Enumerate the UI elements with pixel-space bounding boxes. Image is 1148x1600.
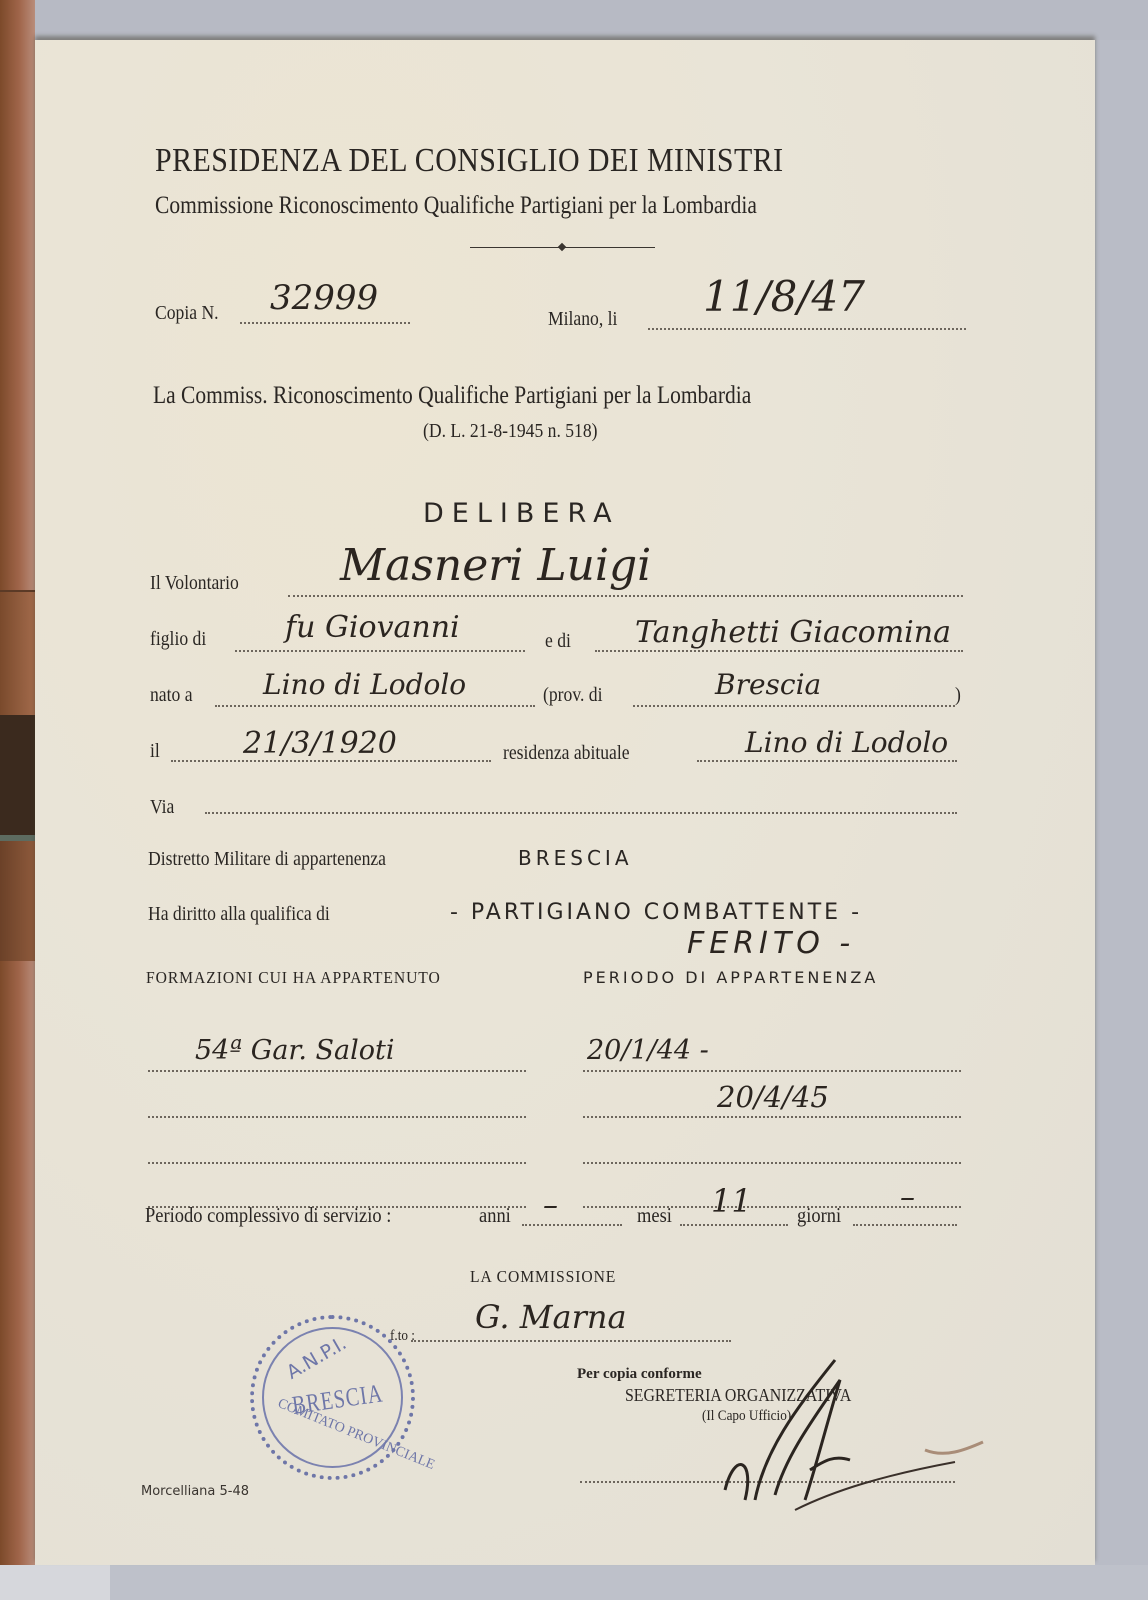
period-line-2 (583, 1116, 961, 1118)
days-line (853, 1224, 957, 1226)
residence-value: Lino di Lodolo (745, 726, 948, 759)
binder-band (0, 590, 35, 717)
district-value: BRESCIA (518, 846, 633, 870)
months-value: 11 (711, 1182, 752, 1220)
document-subtitle: Commissione Riconoscimento Qualifiche Pa… (155, 192, 757, 220)
binder-strip (0, 0, 35, 1600)
birthplace-line (215, 705, 535, 707)
district-label: Distretto Militare di appartenenza (148, 848, 386, 871)
place-date-label: Milano, li (548, 308, 617, 331)
province-close: ) (955, 684, 961, 707)
days-value: – (900, 1180, 915, 1215)
birthplace-value: Lino di Lodolo (263, 668, 466, 701)
commission-signature-line (411, 1340, 731, 1342)
commission-signature-heading: LA COMMISSIONE (470, 1267, 616, 1287)
residence-label: residenza abituale (503, 742, 630, 765)
days-label: giorni (797, 1203, 841, 1228)
formation-line-3 (148, 1162, 526, 1164)
years-label: anni (479, 1203, 511, 1228)
place-date-line (648, 328, 966, 330)
service-label: Periodo complessivo di servizio : (145, 1203, 391, 1228)
street-line (205, 812, 957, 814)
qualification-label: Ha diritto alla qualifica di (148, 903, 330, 926)
period-header: PERIODO DI APPARTENENZA (583, 968, 878, 987)
months-line (680, 1224, 788, 1226)
qualification-annotation: FERITO - (687, 926, 855, 961)
document-page: PRESIDENZA DEL CONSIGLIO DEI MINISTRI Co… (35, 40, 1095, 1565)
father-line (235, 650, 525, 652)
father-name: fu Giovanni (285, 610, 460, 645)
months-label: mesi (637, 1203, 672, 1228)
period-value-1: 20/1/44 - (587, 1035, 709, 1066)
copy-conforme-label: Per copia conforme (577, 1366, 702, 1383)
delibera-heading: DELIBERA (423, 498, 620, 529)
volunteer-name: Masneri Luigi (340, 540, 651, 591)
formations-header: FORMAZIONI CUI HA APPARTENUTO (146, 968, 441, 988)
formation-value-1: 54ª Gar. Saloti (195, 1035, 395, 1066)
commission-line: La Commiss. Riconoscimento Qualifiche Pa… (153, 382, 751, 410)
background-silk (0, 1565, 110, 1600)
office-signature-scribble (715, 1350, 985, 1520)
years-line (522, 1224, 622, 1226)
street-label: Via (150, 796, 174, 819)
anpi-stamp: A.N.P.I. BRESCIA COMITATO PROVINCIALE (250, 1315, 415, 1480)
period-line-1 (583, 1070, 961, 1072)
copy-number-line (240, 322, 410, 324)
mother-label: e di (545, 630, 571, 653)
decree-reference: (D. L. 21-8-1945 n. 518) (423, 420, 598, 443)
father-label: figlio di (150, 628, 206, 651)
mother-line (595, 650, 963, 652)
period-line-3 (583, 1162, 961, 1164)
volunteer-line (288, 595, 963, 597)
copy-number-value: 32999 (270, 278, 378, 318)
place-date-value: 11/8/47 (703, 272, 865, 321)
binder-band (0, 841, 35, 961)
mother-name: Tanghetti Giacomina (635, 615, 951, 650)
birthplace-label: nato a (150, 684, 193, 707)
background-top (35, 0, 1148, 40)
province-label: (prov. di (543, 684, 602, 707)
copy-number-label: Copia N. (155, 302, 219, 325)
period-value-2: 20/4/45 (717, 1080, 829, 1114)
formation-line-2 (148, 1116, 526, 1118)
qualification-value: - PARTIGIANO COMBATTENTE - (450, 900, 862, 925)
province-line (633, 705, 955, 707)
years-value: – (543, 1188, 558, 1223)
birthdate-label: il (150, 740, 160, 763)
printer-mark: Morcelliana 5-48 (141, 1484, 249, 1499)
formation-line-1 (148, 1070, 526, 1072)
binder-band-dark (0, 715, 35, 835)
volunteer-label: Il Volontario (150, 572, 239, 595)
document-title: PRESIDENZA DEL CONSIGLIO DEI MINISTRI (155, 142, 784, 180)
birthdate-value: 21/3/1920 (243, 726, 397, 761)
divider-diamond-icon (558, 243, 566, 251)
province-value: Brescia (715, 668, 821, 701)
background-bottom (0, 1565, 1148, 1600)
residence-line (697, 760, 957, 762)
commission-signature: G. Marna (475, 1298, 627, 1336)
